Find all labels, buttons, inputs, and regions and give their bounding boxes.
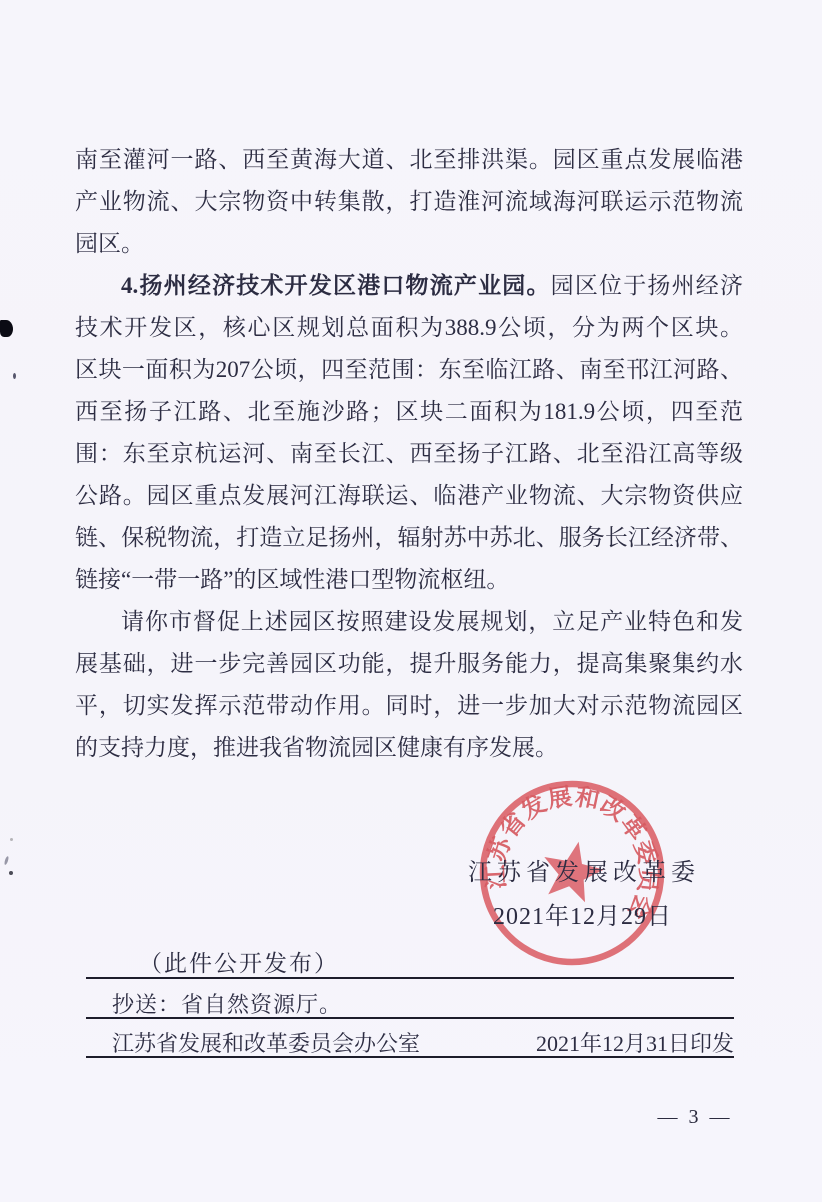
footer-divider bbox=[86, 977, 734, 979]
text-segment: 区块一面积为207公顷，四至范围：东至临江路、南至邗江河路、 bbox=[75, 357, 743, 382]
text-segment: 链接“一带一路”的区域性港口型物流枢纽。 bbox=[75, 567, 509, 592]
cc-line: 抄送：省自然资源厅。 bbox=[112, 988, 342, 1019]
print-date: 2021年12月31日印发 bbox=[536, 1027, 734, 1058]
page-number: — 3 — bbox=[640, 1106, 750, 1129]
text-line: 链、保税物流，打造立足扬州，辐射苏中苏北、服务长江经济带、 bbox=[75, 517, 743, 559]
text-line: 园区。 bbox=[75, 223, 743, 265]
text-line: 请你市督促上述园区按照建设发展规划，立足产业特色和发 bbox=[75, 601, 743, 643]
text-line: 公路。园区重点发展河江海联运、临港产业物流、大宗物资供应 bbox=[75, 475, 743, 517]
text-segment: 展基础，进一步完善园区功能，提升服务能力，提高集聚集约水 bbox=[75, 651, 743, 676]
text-segment: 南至灌河一路、西至黄海大道、北至排洪渠。园区重点发展临港 bbox=[75, 147, 743, 172]
text-line: 平，切实发挥示范带动作用。同时，进一步加大对示范物流园区 bbox=[75, 685, 743, 727]
footer-divider bbox=[86, 1017, 734, 1019]
text-line: 西至扬子江路、北至施沙路；区块二面积为181.9公顷，四至范 bbox=[75, 391, 743, 433]
text-line: 展基础，进一步完善园区功能，提升服务能力，提高集聚集约水 bbox=[75, 643, 743, 685]
text-segment: 平，切实发挥示范带动作用。同时，进一步加大对示范物流园区 bbox=[75, 693, 743, 718]
text-segment: 的支持力度，推进我省物流园区健康有序发展。 bbox=[75, 735, 558, 760]
text-segment: 园区位于扬州经济 bbox=[551, 273, 743, 298]
text-segment: 围：东至京杭运河、南至长江、西至扬子江路、北至沿江高等级 bbox=[75, 441, 743, 466]
text-line: 链接“一带一路”的区域性港口型物流枢纽。 bbox=[75, 559, 743, 601]
text-segment: 产业物流、大宗物资中转集散，打造淮河流域海河联运示范物流 bbox=[75, 189, 743, 214]
text-line: 4.扬州经济技术开发区港口物流产业园。园区位于扬州经济 bbox=[75, 265, 743, 307]
text-line: 技术开发区，核心区规划总面积为388.9公顷，分为两个区块。 bbox=[75, 307, 743, 349]
body-text: 南至灌河一路、西至黄海大道、北至排洪渠。园区重点发展临港产业物流、大宗物资中转集… bbox=[75, 139, 743, 769]
public-release-note: （此件公开发布） bbox=[139, 945, 339, 978]
text-segment: 西至扬子江路、北至施沙路；区块二面积为181.9公顷，四至范 bbox=[75, 399, 743, 424]
text-line: 产业物流、大宗物资中转集散，打造淮河流域海河联运示范物流 bbox=[75, 181, 743, 223]
ink-blob-artifact bbox=[0, 320, 13, 337]
text-segment: 园区。 bbox=[75, 231, 144, 256]
document-page: 南至灌河一路、西至黄海大道、北至排洪渠。园区重点发展临港产业物流、大宗物资中转集… bbox=[0, 0, 822, 1202]
text-line: 南至灌河一路、西至黄海大道、北至排洪渠。园区重点发展临港 bbox=[75, 139, 743, 181]
footer-divider bbox=[86, 1056, 734, 1058]
text-segment: 技术开发区，核心区规划总面积为388.9公顷，分为两个区块。 bbox=[75, 315, 743, 340]
issuing-office: 江苏省发展和改革委员会办公室 bbox=[112, 1027, 420, 1058]
text-line: 的支持力度，推进我省物流园区健康有序发展。 bbox=[75, 727, 743, 769]
text-segment: 请你市督促上述园区按照建设发展规划，立足产业特色和发 bbox=[121, 609, 743, 634]
signing-agency: 江苏省发展改革委 bbox=[468, 852, 700, 887]
text-line: 区块一面积为207公顷，四至范围：东至临江路、南至邗江河路、 bbox=[75, 349, 743, 391]
issuer-row: 江苏省发展和改革委员会办公室 2021年12月31日印发 bbox=[112, 1027, 734, 1058]
ink-speck bbox=[10, 838, 13, 841]
bold-heading-segment: 4.扬州经济技术开发区港口物流产业园。 bbox=[121, 273, 551, 298]
ink-speck bbox=[13, 373, 16, 379]
signing-date: 2021年12月29日 bbox=[493, 896, 672, 931]
ink-speck bbox=[9, 871, 13, 875]
text-segment: 公路。园区重点发展河江海联运、临港产业物流、大宗物资供应 bbox=[75, 483, 743, 508]
text-line: 围：东至京杭运河、南至长江、西至扬子江路、北至沿江高等级 bbox=[75, 433, 743, 475]
text-segment: 链、保税物流，打造立足扬州，辐射苏中苏北、服务长江经济带、 bbox=[75, 525, 743, 550]
ink-speck bbox=[4, 856, 10, 865]
